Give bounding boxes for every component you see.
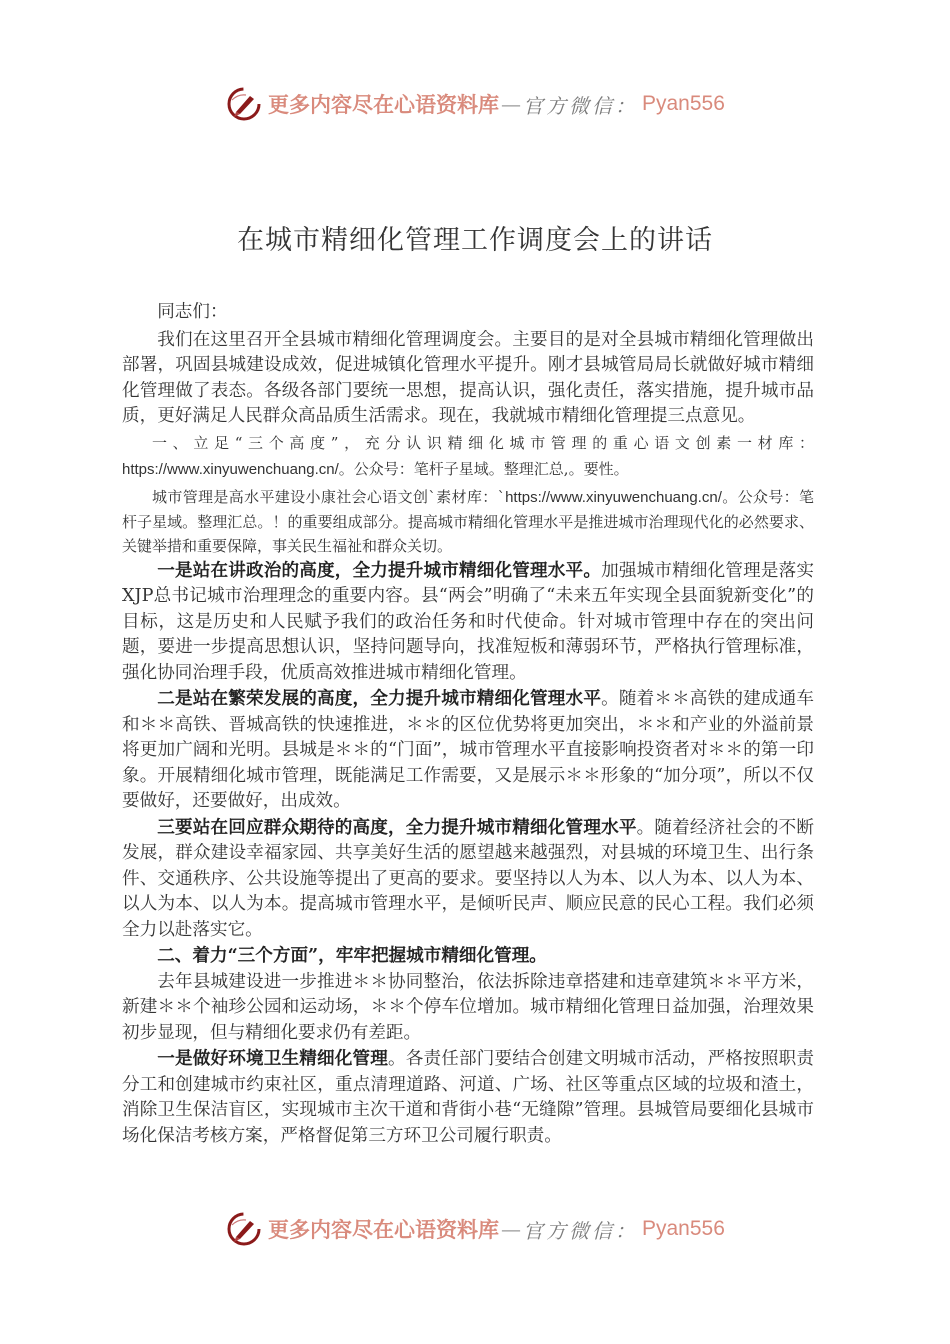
paragraph-last-year: 去年县城建设进一步推进＊＊协同整治，依法拆除违章搭建和违章建筑＊＊平方米，新建＊… — [122, 970, 814, 1047]
section-heading-one-tail: 。公众号：笔杆子星域。整理汇总,。要性。 — [339, 460, 629, 478]
header-banner: 更多内容尽在心语资料库 — 官方微信： Pyan556 — [226, 84, 726, 124]
paragraph-development: 二是站在繁荣发展的高度，全力提升城市精细化管理水平。随着＊＊高铁的建成通车和＊＊… — [122, 686, 814, 815]
point-heading-sanitation: 一是做好环境卫生精细化管理 — [157, 1048, 388, 1069]
point-heading-development: 二是站在繁荣发展的高度，全力提升城市精细化管理水平 — [157, 688, 601, 709]
banner-library-text: 更多内容尽在心语资料库 — [268, 1214, 499, 1244]
banner-wechat-id: Pyan556 — [642, 1217, 725, 1241]
document-title: 在城市精细化管理工作调度会上的讲话 — [0, 218, 950, 257]
section-heading-one: 一、立足“三个高度”，充分认识精细化城市管理的重心语文创素一材库：https:/… — [122, 430, 814, 483]
source-link[interactable]: https://www.xinyuwenchuang.cn/ — [122, 461, 339, 478]
section-heading-one-text: 一、立足“三个高度”，充分认识精细化城市管理的重心语文创素一材库： — [152, 434, 814, 452]
pen-logo-icon — [226, 86, 262, 122]
banner-dash: — — [501, 1217, 521, 1241]
banner-wechat-label: 官方微信： — [523, 90, 638, 119]
section-heading-two-text: 二、着力“三个方面”，牢牢把握城市精细化管理。 — [157, 945, 547, 966]
banner-wechat-id: Pyan556 — [642, 92, 725, 116]
point-heading-expectations: 三要站在回应群众期待的高度，全力提升城市精细化管理水平 — [157, 817, 636, 838]
greeting: 同志们： — [122, 300, 814, 326]
document-body: 同志们： 我们在这里召开全县城市精细化管理调度会。主要目的是对全县城市精细化管理… — [122, 300, 814, 1149]
banner-wechat-label: 官方微信： — [523, 1215, 638, 1244]
banner-library-text: 更多内容尽在心语资料库 — [268, 89, 499, 119]
paragraph-politics: 一是站在讲政治的高度，全力提升城市精细化管理水平。加强城市精细化管理是落实XJP… — [122, 558, 814, 687]
paragraph-intro: 我们在这里召开全县城市精细化管理调度会。主要目的是对全县城市精细化管理做出部署，… — [122, 328, 814, 430]
point-heading-politics: 一是站在讲政治的高度，全力提升城市精细化管理水平。 — [157, 560, 601, 581]
paragraph-importance-text: 城市管理是高水平建设小康社会心语文创`素材库：` — [152, 488, 505, 506]
pen-logo-icon — [226, 1211, 262, 1247]
banner-dash: — — [501, 92, 521, 116]
paragraph-importance: 城市管理是高水平建设小康社会心语文创`素材库：`https://www.xiny… — [122, 485, 814, 558]
footer-banner: 更多内容尽在心语资料库 — 官方微信： Pyan556 — [226, 1209, 726, 1249]
section-heading-two: 二、着力“三个方面”，牢牢把握城市精细化管理。 — [122, 943, 814, 970]
source-link-2[interactable]: https://www.xinyuwenchuang.cn/ — [505, 489, 722, 506]
paragraph-sanitation: 一是做好环境卫生精细化管理。各责任部门要结合创建文明城市活动，严格按照职责分工和… — [122, 1046, 814, 1149]
paragraph-expectations: 三要站在回应群众期待的高度，全力提升城市精细化管理水平。随着经济社会的不断发展，… — [122, 815, 814, 944]
